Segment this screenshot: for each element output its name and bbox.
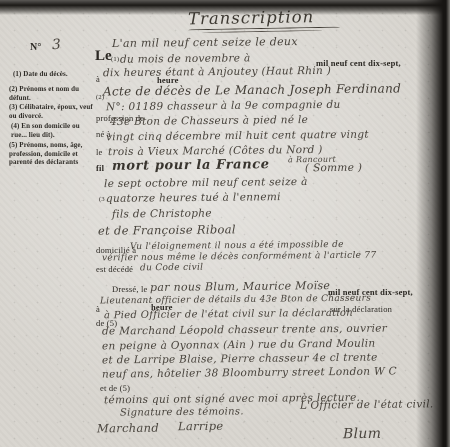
scanned-death-certificate-transcription: Transcription N° 3 (1) Date du décès. (2… <box>0 0 450 447</box>
scan-edge-top <box>0 0 450 15</box>
margin-note-2: (2) Prénoms et nom du défunt. <box>9 85 93 102</box>
printed-dresse-le: Dressé, le <box>112 284 148 294</box>
hw-line-month: du mois de novembre à <box>120 52 251 65</box>
margin-note-3: (3) Célibataire, époux, veuf ou divorcé. <box>9 103 93 120</box>
margin-note-5: (5) Prénoms, noms, âge, profession, domi… <box>9 141 93 167</box>
scan-edge-right <box>416 0 450 447</box>
printed-a-1: à <box>96 74 100 84</box>
officier-caption: L'Officier de l'état civil. <box>300 398 434 411</box>
hw-line-mother: et de Françoise Riboal <box>98 222 236 237</box>
signature-blum: Blum <box>343 426 381 442</box>
hw-line-code-civil: du Code civil <box>140 263 203 274</box>
printed-le: Le <box>95 48 112 65</box>
printed-fil: fil <box>96 163 104 173</box>
printed-et-de-5: et de (5) <box>100 383 130 393</box>
scan-edge-right-sliver <box>446 0 450 447</box>
hw-line-officier-etat-civil: à Pied Officier de l'état civil sur la d… <box>104 308 353 322</box>
signature-marchand: Marchand <box>97 421 159 436</box>
printed-footnote-3: (3 <box>99 196 105 203</box>
hw-line-acte-deces-name: Acte de décès de Le Manach Joseph Ferdin… <box>103 81 401 98</box>
hw-line-birthdate: vingt cinq décembre mil huit cent quatre… <box>106 129 369 144</box>
margin-note-4: (4) En son domicile ou rue... lieu dit). <box>11 122 95 139</box>
act-number-value: 3 <box>51 37 61 54</box>
hw-line-par-nous-blum: par nous Blum, Maurice Moïse <box>150 279 330 294</box>
hw-line-death-hour-cause: quatorze heures tué à l'ennemi <box>106 191 281 205</box>
hw-line-matricule-company: N°: 01189 chasseur à la 9e compagnie du <box>106 99 341 113</box>
hw-line-death-date: le sept octobre mil neuf cent seize à <box>104 176 308 190</box>
hw-line-mort-pour-la-france: mort pour la France <box>112 157 270 174</box>
hw-line-oyonnax: en peigne à Oyonnax (Ain ) rue du Grand … <box>102 338 376 353</box>
signature-caption-temoins: Signature des témoins. <box>120 406 244 418</box>
hw-line-verifier-article: vérifier nous même le décès conformément… <box>102 251 377 264</box>
hw-line-london-address: neuf ans, hôtelier 38 Bloomburry street … <box>102 365 397 380</box>
hw-line-somme: ( Somme ) <box>305 162 362 175</box>
hw-line-hour-place: dix heures étant à Anjoutey (Haut Rhin ) <box>103 65 331 79</box>
hw-line-battalion: 43e Bton de Chasseurs à pied né le <box>110 114 308 128</box>
hw-line-declarant-larripe: et de Larripe Blaise, Pierre chasseur 4e… <box>102 352 378 367</box>
printed-footnote-1: (1) <box>111 56 119 63</box>
hw-line-father: fils de Christophe <box>112 207 212 220</box>
hw-line-year-1916: L'an mil neuf cent seize le deux <box>112 35 298 50</box>
margin-note-1: (1) Date du décès. <box>13 70 97 79</box>
act-number-label: N° <box>30 42 42 53</box>
hw-line-declarant-marchand: de Marchand Léopold chasseur trente ans,… <box>102 323 387 338</box>
printed-est-decede: est décédé <box>96 264 133 274</box>
printed-le-2: le <box>96 147 103 157</box>
signature-larripe: Larripe <box>178 419 224 433</box>
